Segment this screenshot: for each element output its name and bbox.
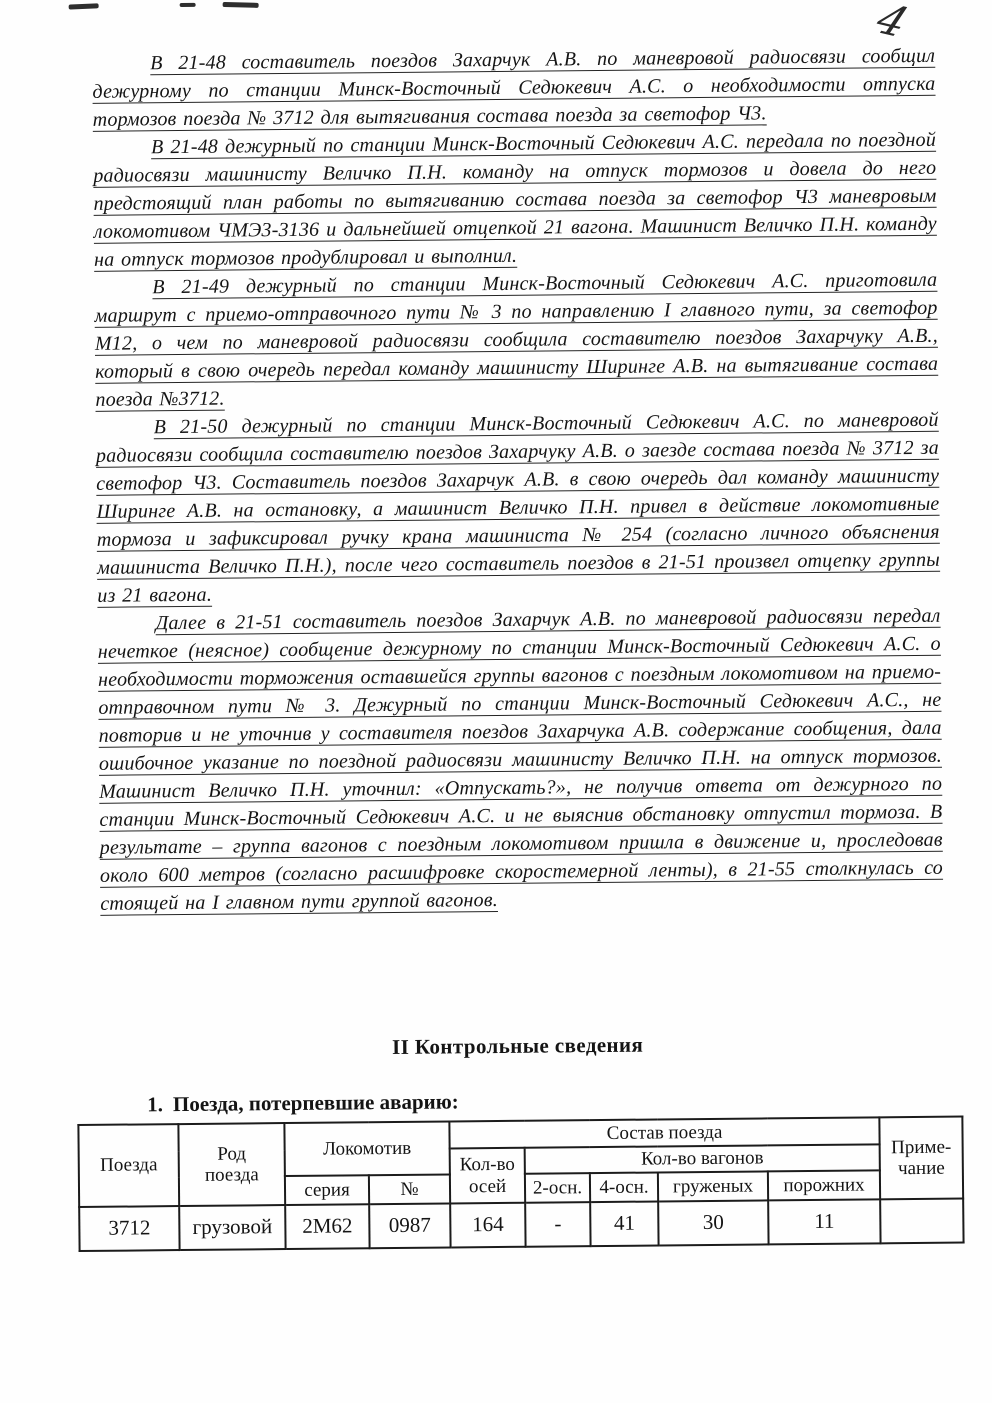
scan-artifact (69, 3, 99, 9)
cell-loco-number: 0987 (369, 1203, 450, 1248)
header-loaded: груженых (658, 1171, 768, 1201)
header-empty: порожних (768, 1170, 880, 1200)
page-number: 4 (869, 0, 915, 47)
cell-loco-series: 2М62 (285, 1204, 369, 1249)
header-train-type: Род поезда (178, 1123, 285, 1206)
cell-train-type: грузовой (179, 1205, 285, 1250)
header-note: Приме- чание (879, 1117, 963, 1200)
header-number: № (369, 1174, 450, 1204)
header-trains: Поезда (78, 1124, 179, 1207)
header-axle-count: Кол-во осей (450, 1148, 526, 1204)
cell-loaded: 30 (658, 1200, 768, 1245)
document-page: 4 В 21-48 составитель поездов Захарчук А… (0, 0, 992, 1403)
header-locomotive: Локомотив (284, 1121, 450, 1176)
scan-artifact (180, 3, 196, 7)
cell-train-number: 3712 (79, 1206, 179, 1251)
header-composition: Состав поезда (449, 1117, 879, 1148)
table-row: 3712 грузовой 2М62 0987 164 - 41 30 11 (79, 1199, 963, 1251)
paragraph-3: В 21-49 дежурный по станции Минск-Восточ… (94, 266, 938, 414)
table-caption-number: 1. (147, 1092, 163, 1117)
header-two-axle: 2-осн. (525, 1173, 590, 1203)
report-body: В 21-48 составитель поездов Захарчук А.В… (92, 42, 943, 918)
header-four-axle: 4-осн. (590, 1172, 658, 1202)
table-caption: 1.Поезда, потерпевшие аварию: (147, 1085, 959, 1118)
header-wagon-count: Кол-во вагонов (525, 1144, 880, 1173)
table-caption-text: Поезда, потерпевшие аварию: (173, 1089, 459, 1116)
control-information-section: II Контрольные сведения 1.Поезда, потерп… (77, 1030, 961, 1252)
paragraph-2: В 21-48 дежурный по станции Минск-Восточ… (93, 126, 937, 274)
section-heading: II Контрольные сведения (77, 1030, 959, 1063)
paragraph-1: В 21-48 составитель поездов Захарчук А.В… (92, 42, 936, 134)
cell-two-axle: - (525, 1202, 590, 1247)
trains-table: Поезда Род поезда Локомотив Состав поезд… (77, 1116, 964, 1252)
header-series: серия (285, 1175, 369, 1205)
cell-axles: 164 (450, 1203, 525, 1248)
paragraph-4: В 21-50 дежурный по станции Минск-Восточ… (96, 406, 941, 610)
cell-four-axle: 41 (590, 1201, 658, 1246)
cell-note (880, 1199, 963, 1244)
paragraph-5: Далее в 21-51 составитель поездов Захарч… (97, 602, 943, 918)
cell-empty: 11 (768, 1199, 880, 1244)
scan-artifact (223, 2, 259, 8)
